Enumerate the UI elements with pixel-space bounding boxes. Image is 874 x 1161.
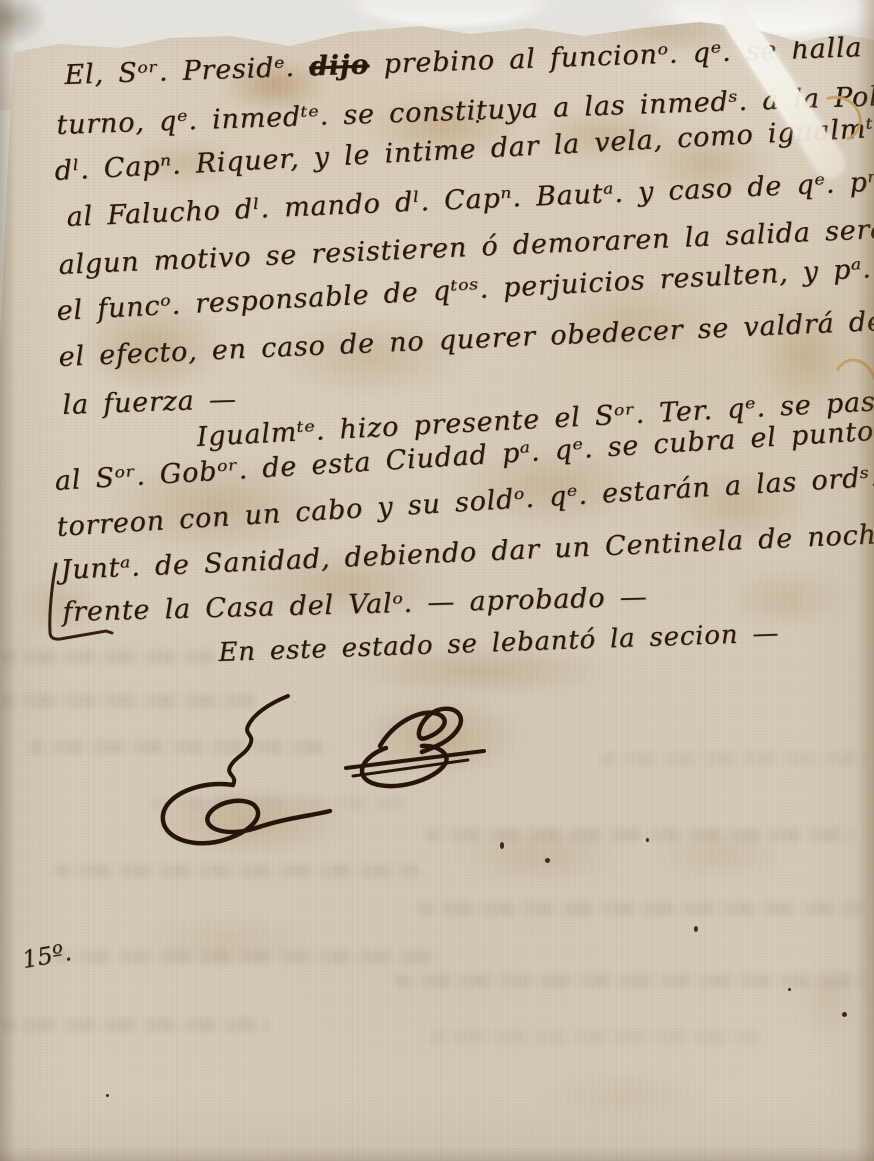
- ink-speck: [842, 1012, 847, 1017]
- ghost-writing-line: [0, 1018, 270, 1032]
- margin-bracket-mark: [44, 560, 120, 648]
- ink-speck: [500, 842, 504, 849]
- ink-speck: [545, 858, 550, 863]
- paper-stain: [100, 900, 350, 980]
- paper-stain: [500, 1060, 750, 1130]
- page-edge-shadow-left: [0, 0, 16, 1161]
- ghost-writing-line: [395, 974, 865, 988]
- ink-speck: [646, 838, 649, 842]
- signature-rubric-left: [163, 696, 330, 843]
- ghost-writing-line: [55, 864, 420, 878]
- manuscript-photo: El, Sᵒʳ. Presidᵉ. dijo prebino al funcio…: [0, 0, 874, 1161]
- ink-speck: [788, 988, 791, 991]
- ink-speck: [106, 1094, 109, 1097]
- ghost-writing-line: [0, 650, 215, 664]
- manuscript-line: la fuerza —: [62, 386, 237, 419]
- ink-speck: [694, 926, 698, 932]
- ghost-writing-line: [418, 902, 863, 916]
- ghost-writing-line: [430, 1030, 760, 1044]
- page-edge-shadow-right: [856, 0, 874, 1161]
- page-edge-shadow-bottom: [0, 1147, 874, 1161]
- ghost-writing-line: [55, 950, 440, 964]
- ghost-writing-line: [600, 752, 870, 766]
- manuscript-page: El, Sᵒʳ. Presidᵉ. dijo prebino al funcio…: [0, 0, 874, 1161]
- signature-rubrics: [150, 688, 490, 843]
- folio-number: 15º.: [20, 938, 74, 974]
- signature-rubric-right: [346, 709, 484, 786]
- struck-word: dijo: [309, 49, 370, 82]
- manuscript-line: frente la Casa del Valᵒ. — aprobado —: [62, 584, 648, 626]
